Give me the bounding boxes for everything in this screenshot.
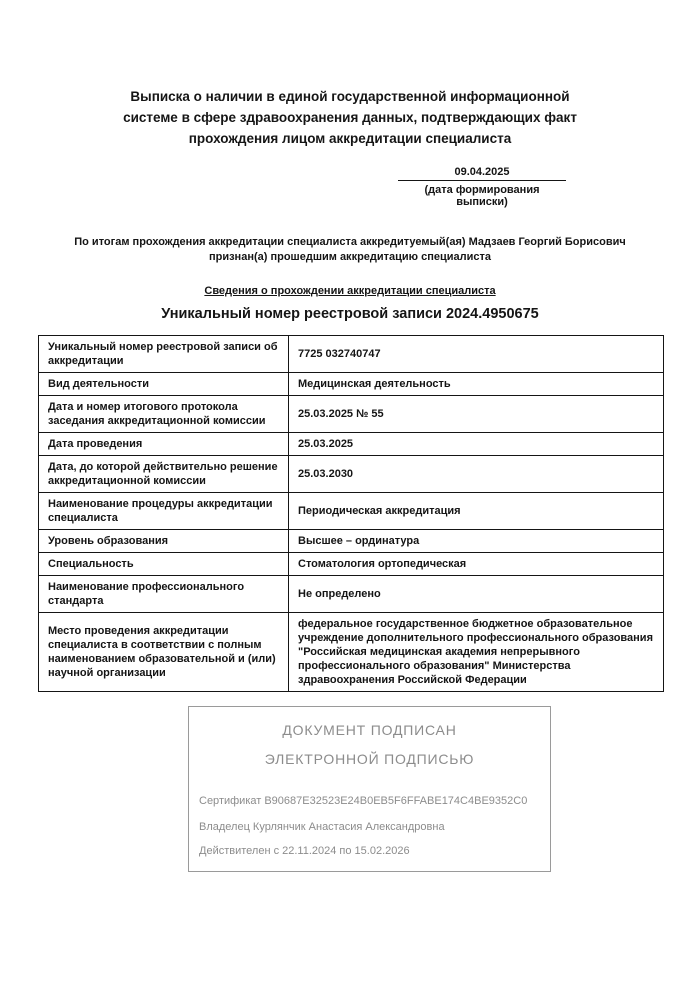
table-row: Наименование процедуры аккредитации спец…: [39, 493, 664, 530]
document-title: Выписка о наличии в единой государственн…: [70, 0, 630, 149]
row-label-cell: Дата и номер итогового протокола заседан…: [39, 396, 289, 433]
row-value-cell: Стоматология ортопедическая: [289, 553, 664, 576]
row-value-cell: Высшее – ординатура: [289, 530, 664, 553]
row-label-cell: Уникальный номер реестровой записи об ак…: [39, 336, 289, 373]
accreditation-table: Уникальный номер реестровой записи об ак…: [38, 335, 664, 692]
row-value-cell: Медицинская деятельность: [289, 373, 664, 396]
row-value-cell: 25.03.2025: [289, 433, 664, 456]
row-label-cell: Дата, до которой действительно решение а…: [39, 456, 289, 493]
table-row: Уровень образования Высшее – ординатура: [39, 530, 664, 553]
row-value-cell: федеральное государственное бюджетное об…: [289, 613, 664, 692]
signature-status-line: ДОКУМЕНТ ПОДПИСАН: [189, 722, 550, 738]
row-label-cell: Вид деятельности: [39, 373, 289, 396]
extract-date-block: 09.04.2025 (дата формирования выписки): [398, 166, 566, 208]
row-label-cell: Дата проведения: [39, 433, 289, 456]
signature-owner-line: Владелец Курлянчик Анастасия Александров…: [199, 821, 540, 833]
table-row: Дата и номер итогового протокола заседан…: [39, 396, 664, 433]
row-label-cell: Наименование процедуры аккредитации спец…: [39, 493, 289, 530]
table-row: Дата проведения 25.03.2025: [39, 433, 664, 456]
extract-date-value: 09.04.2025: [398, 166, 566, 181]
row-value-cell: 25.03.2025 № 55: [289, 396, 664, 433]
table-row: Уникальный номер реестровой записи об ак…: [39, 336, 664, 373]
record-number-heading: Уникальный номер реестровой записи 2024.…: [0, 306, 700, 322]
section-heading: Сведения о прохождении аккредитации спец…: [0, 285, 700, 297]
table-row: Вид деятельности Медицинская деятельност…: [39, 373, 664, 396]
table-row: Специальность Стоматология ортопедическа…: [39, 553, 664, 576]
document-title-line: Выписка о наличии в единой государственн…: [70, 86, 630, 107]
document-title-line: прохождения лицом аккредитации специалис…: [70, 128, 630, 149]
table-row: Место проведения аккредитации специалист…: [39, 613, 664, 692]
document-title-line: системе в сфере здравоохранения данных, …: [70, 107, 630, 128]
row-label-cell: Наименование профессионального стандарта: [39, 576, 289, 613]
electronic-signature-box: ДОКУМЕНТ ПОДПИСАН ЭЛЕКТРОННОЙ ПОДПИСЬЮ С…: [188, 706, 551, 872]
row-value-cell: 25.03.2030: [289, 456, 664, 493]
row-label-cell: Место проведения аккредитации специалист…: [39, 613, 289, 692]
row-label-cell: Специальность: [39, 553, 289, 576]
row-label-cell: Уровень образования: [39, 530, 289, 553]
signature-status-line: ЭЛЕКТРОННОЙ ПОДПИСЬЮ: [189, 751, 550, 767]
document-page: Выписка о наличии в единой государственн…: [0, 0, 700, 1000]
intro-line: признан(а) прошедшим аккредитацию специа…: [40, 250, 660, 265]
signature-validity-line: Действителен с 22.11.2024 по 15.02.2026: [199, 845, 540, 871]
table-row: Дата, до которой действительно решение а…: [39, 456, 664, 493]
row-value-cell: Периодическая аккредитация: [289, 493, 664, 530]
intro-paragraph: По итогам прохождения аккредитации специ…: [40, 235, 660, 265]
intro-line: По итогам прохождения аккредитации специ…: [40, 235, 660, 250]
row-value-cell: 7725 032740747: [289, 336, 664, 373]
extract-date-caption: (дата формирования выписки): [398, 181, 566, 208]
table-row: Наименование профессионального стандарта…: [39, 576, 664, 613]
row-value-cell: Не определено: [289, 576, 664, 613]
signature-certificate-line: Сертификат B90687E32523E24B0EB5F6FFABE17…: [199, 795, 540, 807]
